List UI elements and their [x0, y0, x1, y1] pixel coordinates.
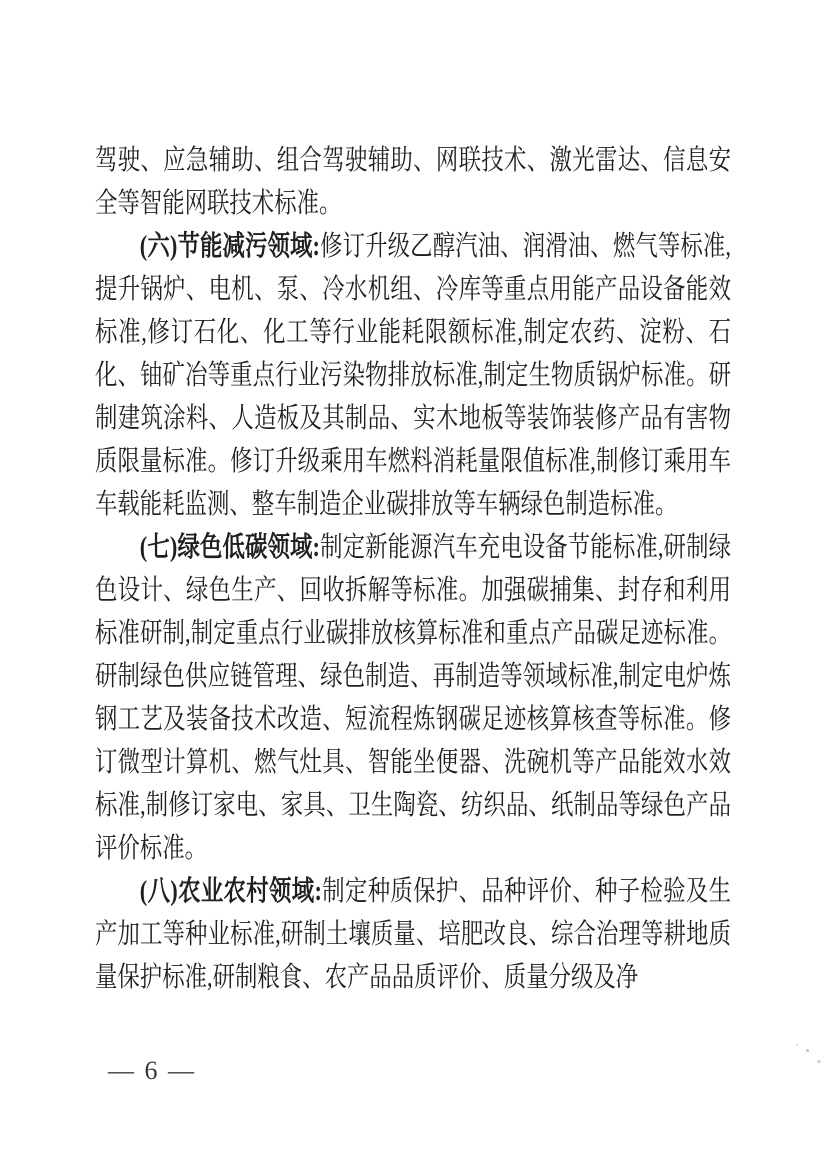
paragraph-lead: (七)绿色低碳领域: [140, 532, 320, 563]
scan-speck [817, 1060, 821, 1063]
document-body: 驾驶、应急辅助、组合驾驶辅助、网联技术、激光雷达、信息安全等智能网联技术标准。 … [95, 139, 731, 999]
scan-speck [806, 1049, 809, 1052]
page-number: — 6 — [108, 1056, 196, 1086]
paragraph-lead: (六)节能减污领域: [140, 231, 320, 262]
paragraph-text: 修订升级乙醇汽油、润滑油、燃气等标准,提升锅炉、电机、泵、冷水机组、冷库等重点用… [95, 231, 731, 520]
paragraph-text: 驾驶、应急辅助、组合驾驶辅助、网联技术、激光雷达、信息安全等智能网联技术标准。 [95, 145, 731, 219]
paragraph: 驾驶、应急辅助、组合驾驶辅助、网联技术、激光雷达、信息安全等智能网联技术标准。 [95, 139, 731, 225]
paragraph: (六)节能减污领域:修订升级乙醇汽油、润滑油、燃气等标准,提升锅炉、电机、泵、冷… [95, 225, 731, 526]
paragraph-lead: (八)农业农村领域: [140, 876, 322, 907]
paragraph-text: 制定新能源汽车充电设备节能标准,研制绿色设计、绿色生产、回收拆解等标准。加强碳捕… [95, 532, 731, 864]
paragraph: (七)绿色低碳领域:制定新能源汽车充电设备节能标准,研制绿色设计、绿色生产、回收… [95, 526, 731, 870]
scan-speck [796, 1044, 798, 1046]
paragraph: (八)农业农村领域:制定种质保护、品种评价、种子检验及生产加工等种业标准,研制土… [95, 870, 731, 999]
document-page: 驾驶、应急辅助、组合驾驶辅助、网联技术、激光雷达、信息安全等智能网联技术标准。 … [0, 0, 824, 1167]
